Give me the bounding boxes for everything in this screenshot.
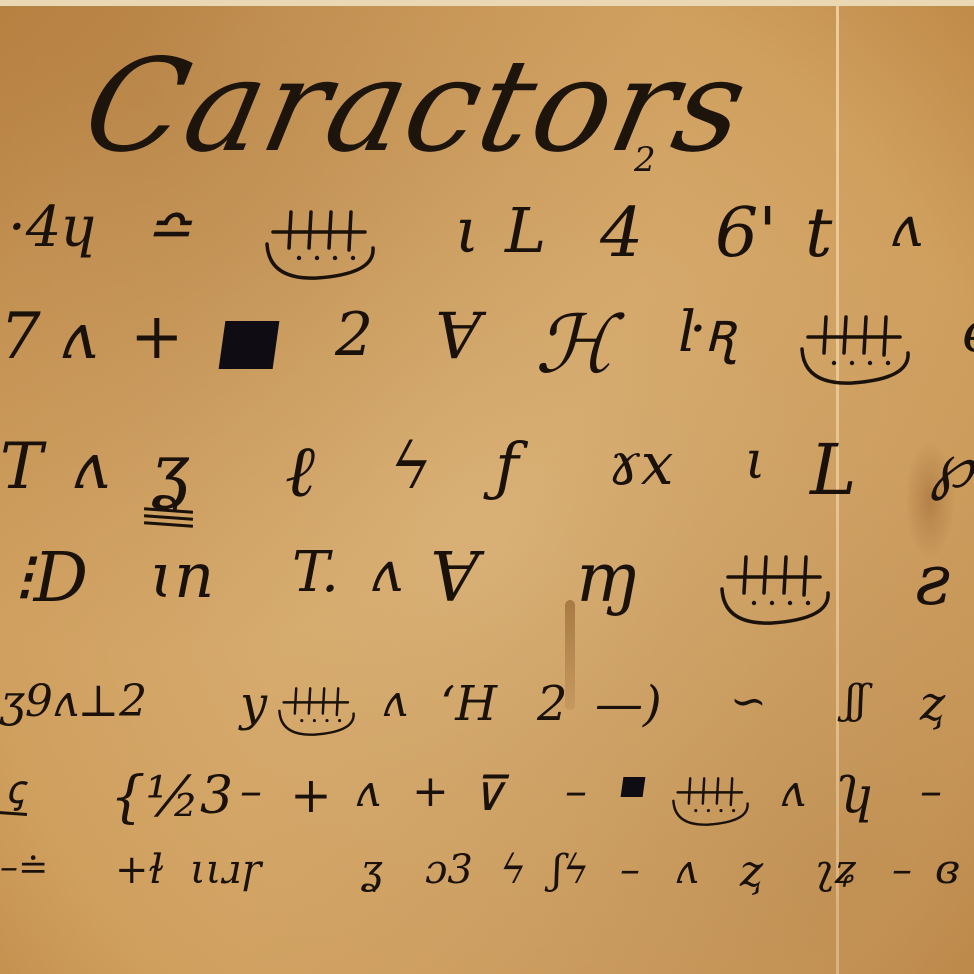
handwritten-character: {½ [110, 770, 200, 826]
bowl-with-strokes-character: ⅲⅲ [265, 200, 385, 284]
handwritten-character: ꞔ [5, 770, 24, 810]
bowl-strokes-icon [672, 770, 756, 829]
handwritten-character: ∽ [730, 680, 767, 724]
ink-block-character: ■ [219, 321, 280, 369]
handwritten-character: ιιɹɼ [190, 850, 261, 890]
character-row-4: ⁝DɩnT.ʌⱯɱⅲⅲƨ [0, 545, 974, 655]
handwritten-character: ʓ [360, 850, 382, 890]
handwritten-character: ƒ [495, 435, 519, 499]
handwritten-character: ι [745, 435, 765, 487]
handwritten-character: ʌ [72, 435, 108, 499]
handwritten-character: + [412, 770, 449, 814]
handwritten-character: ·4ɥ [8, 200, 98, 256]
page-title: Caractors [72, 32, 760, 181]
character-row-6: ꞔ{½3–+ʌ+⊽–■ⅲⅲʌʮ– [0, 770, 974, 850]
bowl-strokes-icon [800, 305, 920, 389]
handwritten-character: – [920, 770, 942, 814]
handwritten-character: ʒ9ʌ⊥2 [0, 680, 147, 724]
bowl-with-strokes-character: ⅲⅲ [720, 545, 840, 629]
handwritten-character: ⱬ [920, 680, 945, 728]
handwritten-character: ʌ [370, 545, 402, 601]
handwritten-character: –≐ [0, 850, 48, 886]
handwritten-character: ʮ [835, 770, 874, 820]
title-mark: 2 [634, 140, 656, 180]
handwritten-character: L [810, 435, 856, 505]
handwritten-character: L [505, 200, 546, 262]
handwritten-character: ʅʑ [815, 850, 857, 890]
handwritten-character: ʃʃ [845, 680, 867, 720]
character-row-1: ·4ɥ≏ⅲⅲιL46'tʌ [0, 200, 974, 290]
handwritten-character: ι [455, 200, 479, 262]
handwritten-character: ɩn [150, 545, 214, 607]
handwritten-character: ⁝D [12, 545, 88, 613]
handwritten-character: 4 [600, 200, 643, 268]
handwritten-character: Ɐ [430, 545, 479, 613]
handwritten-character: y [240, 680, 267, 728]
handwritten-character: ʌ [780, 770, 805, 814]
ink-block-character: ■ [621, 777, 646, 797]
handwritten-character: + [130, 305, 184, 369]
handwritten-character: ϟ [390, 435, 432, 499]
handwritten-character: ≏ [145, 200, 192, 256]
bowl-with-strokes-character: ⅲⅲ [672, 770, 756, 829]
handwritten-character: T [0, 435, 43, 499]
handwritten-character: ʌ [355, 770, 380, 814]
handwritten-character: – [892, 850, 912, 890]
handwritten-character: 7 [0, 305, 41, 369]
handwritten-character: ɔ3 [425, 850, 473, 890]
handwritten-character: +ɫ [115, 850, 164, 890]
handwritten-character: ʃϟ [552, 850, 589, 890]
handwritten-character: ℓ [285, 435, 315, 507]
handwritten-character: 6' [715, 200, 777, 268]
handwritten-character: ʌ [382, 680, 407, 724]
bowl-strokes-icon [720, 545, 840, 629]
handwritten-character: Ɐ [435, 305, 481, 369]
handwritten-character: ⱬ [740, 850, 763, 894]
handwritten-character: ϟ [500, 850, 526, 890]
handwritten-character: ɞ [935, 850, 960, 890]
character-row-2: 7ʌ+■2Ɐℋŀꭆⅲⅲe [0, 305, 974, 405]
handwritten-character: ɱ [575, 545, 639, 613]
handwritten-character: t [805, 200, 832, 268]
handwritten-character: ℘ [930, 435, 973, 497]
handwritten-character: – [240, 770, 262, 814]
bowl-strokes-icon [265, 200, 385, 284]
handwritten-character: – [565, 770, 587, 814]
underline-marks [0, 812, 27, 819]
handwritten-character: e [962, 305, 974, 361]
handwritten-character: ⊽ [470, 770, 505, 818]
handwritten-character: ʻH [440, 680, 497, 728]
character-row-5: ʒ9ʌ⊥2yⅲⅲʌʻH2—)∽ʃʃⱬ [0, 680, 974, 750]
bowl-with-strokes-character: ⅲⅲ [800, 305, 920, 389]
character-row-3: TʌʓℓϟƒɤxιL℘ [0, 435, 974, 545]
handwritten-character: ɤx [608, 435, 673, 493]
handwritten-character: + [290, 770, 332, 820]
handwritten-character: ƨ [915, 545, 951, 615]
bowl-strokes-icon [278, 680, 362, 739]
handwritten-character: 2 [537, 680, 568, 728]
handwritten-character: 2 [335, 305, 373, 365]
handwritten-character: ŀꭆ [678, 305, 735, 361]
handwritten-character: 3 [200, 770, 233, 822]
bowl-with-strokes-character: ⅲⅲ [278, 680, 362, 739]
handwritten-character: ʌ [60, 305, 96, 369]
underline-marks [144, 509, 193, 530]
handwritten-character: ʌ [675, 850, 698, 890]
manuscript-page: Caractors 2 ·4ɥ≏ⅲⅲιL46'tʌ 7ʌ+■2Ɐℋŀꭆⅲⅲe T… [0, 0, 974, 974]
handwritten-character: ʌ [890, 200, 922, 256]
character-row-7: –≐+ɫιιɹɼʓɔ3ϟʃϟ–ʌⱬʅʑ–ɞ [0, 850, 974, 920]
handwritten-character: ʓ [150, 435, 189, 505]
paper-top-edge [0, 0, 974, 6]
handwritten-character: – [620, 850, 640, 890]
handwritten-character: ℋ [535, 305, 614, 385]
handwritten-character: T. [292, 545, 339, 601]
handwritten-character: —) [595, 680, 662, 728]
